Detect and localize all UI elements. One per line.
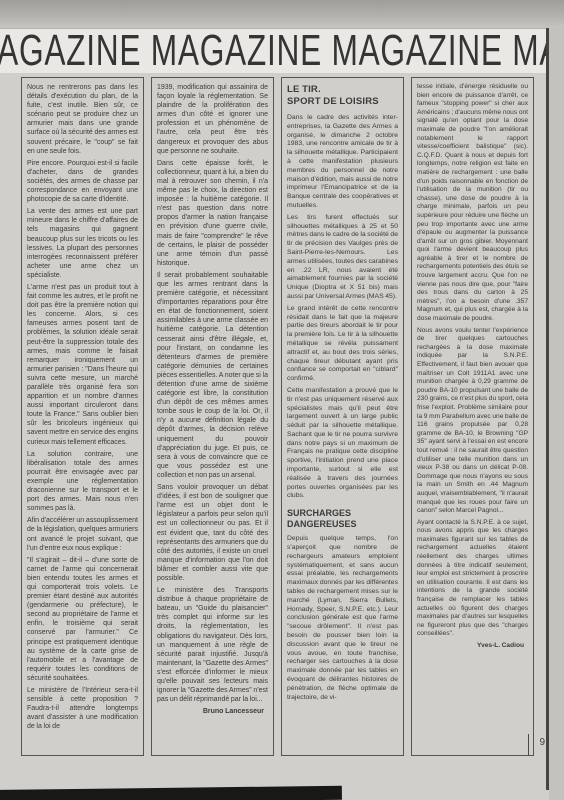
author-byline: Bruno Lancesseur bbox=[157, 707, 268, 716]
author-byline: Yves-L. Cadiou bbox=[417, 642, 528, 651]
scan-bottom-edge bbox=[0, 786, 342, 800]
paragraph: "Il s'agirait – dit-il – d'une sorte de … bbox=[27, 556, 138, 683]
scan-top-edge bbox=[0, 0, 564, 30]
article-title-line1: LE TIR. bbox=[287, 84, 398, 96]
paragraph: L'arme n'est pas un produit tout à fait … bbox=[27, 283, 138, 447]
paragraph: Le ministère de l'Intérieur sera-t-il se… bbox=[27, 686, 138, 731]
scan-right-margin bbox=[549, 28, 564, 800]
article-column-2: 1939, modification qui assainira de faço… bbox=[151, 77, 274, 756]
article-column-3: LE TIR. SPORT DE LOISIRS Dans le cadre d… bbox=[281, 77, 404, 756]
article-title: LE TIR. SPORT DE LOISIRS bbox=[287, 84, 398, 107]
paragraph: 1939, modification qui assainira de faço… bbox=[157, 83, 268, 156]
article-title-line2: SPORT DE LOISIRS bbox=[287, 96, 398, 108]
article-column-4: tesse initiale, d'énergie résiduelle ou … bbox=[411, 77, 534, 756]
paragraph: Nous ne rentrerons pas dans les détails … bbox=[27, 83, 138, 156]
paragraph: Les tirs furent effectués sur silhouette… bbox=[287, 214, 398, 302]
paragraph: Le ministère des Transports distribue à … bbox=[157, 586, 268, 704]
paragraph: Cette manifestation a prouvé que le tir … bbox=[287, 387, 398, 501]
paragraph: Le grand intérêt de cette rencontre rési… bbox=[287, 305, 398, 384]
magazine-masthead-band: MAGAZINE MAGAZINE MAGAZINE MAGAZINE bbox=[0, 28, 549, 73]
paragraph: Afin d'accélérer un assouplissement de l… bbox=[27, 516, 138, 552]
paragraph: Dans cette épaisse forêt, le collectionn… bbox=[157, 159, 268, 268]
section-heading: SURCHARGES DANGEREUSES bbox=[287, 508, 398, 530]
paragraph: Pire encore. Pourquoi est-il si facile d… bbox=[27, 159, 138, 204]
article-columns: Nous ne rentrerons pas dans les détails … bbox=[21, 77, 534, 756]
paragraph: Il serait probablement souhaitable que l… bbox=[157, 271, 268, 480]
page-number: 9 bbox=[528, 734, 546, 756]
paragraph: Nous avons voulu tenter l'expérience de … bbox=[417, 327, 528, 516]
paragraph: tesse initiale, d'énergie résiduelle ou … bbox=[417, 83, 528, 324]
paragraph: Dans le cadre des activités inter-entrep… bbox=[287, 114, 398, 211]
paragraph: Sans vouloir provoquer un débat d'idées,… bbox=[157, 483, 268, 583]
magazine-masthead-text: MAGAZINE MAGAZINE MAGAZINE MAGAZINE bbox=[0, 29, 549, 73]
paragraph: Depuis quelque temps, l'on s'aperçoit qu… bbox=[287, 535, 398, 702]
paragraph: La vente des armes est une part mineure … bbox=[27, 207, 138, 280]
paragraph: La solution contraire, une libéralisatio… bbox=[27, 450, 138, 514]
paragraph: Ayant contacté la S.N.P.E. à ce sujet, n… bbox=[417, 519, 528, 639]
scan-right-edge bbox=[546, 28, 549, 790]
article-column-1: Nous ne rentrerons pas dans les détails … bbox=[21, 77, 144, 756]
